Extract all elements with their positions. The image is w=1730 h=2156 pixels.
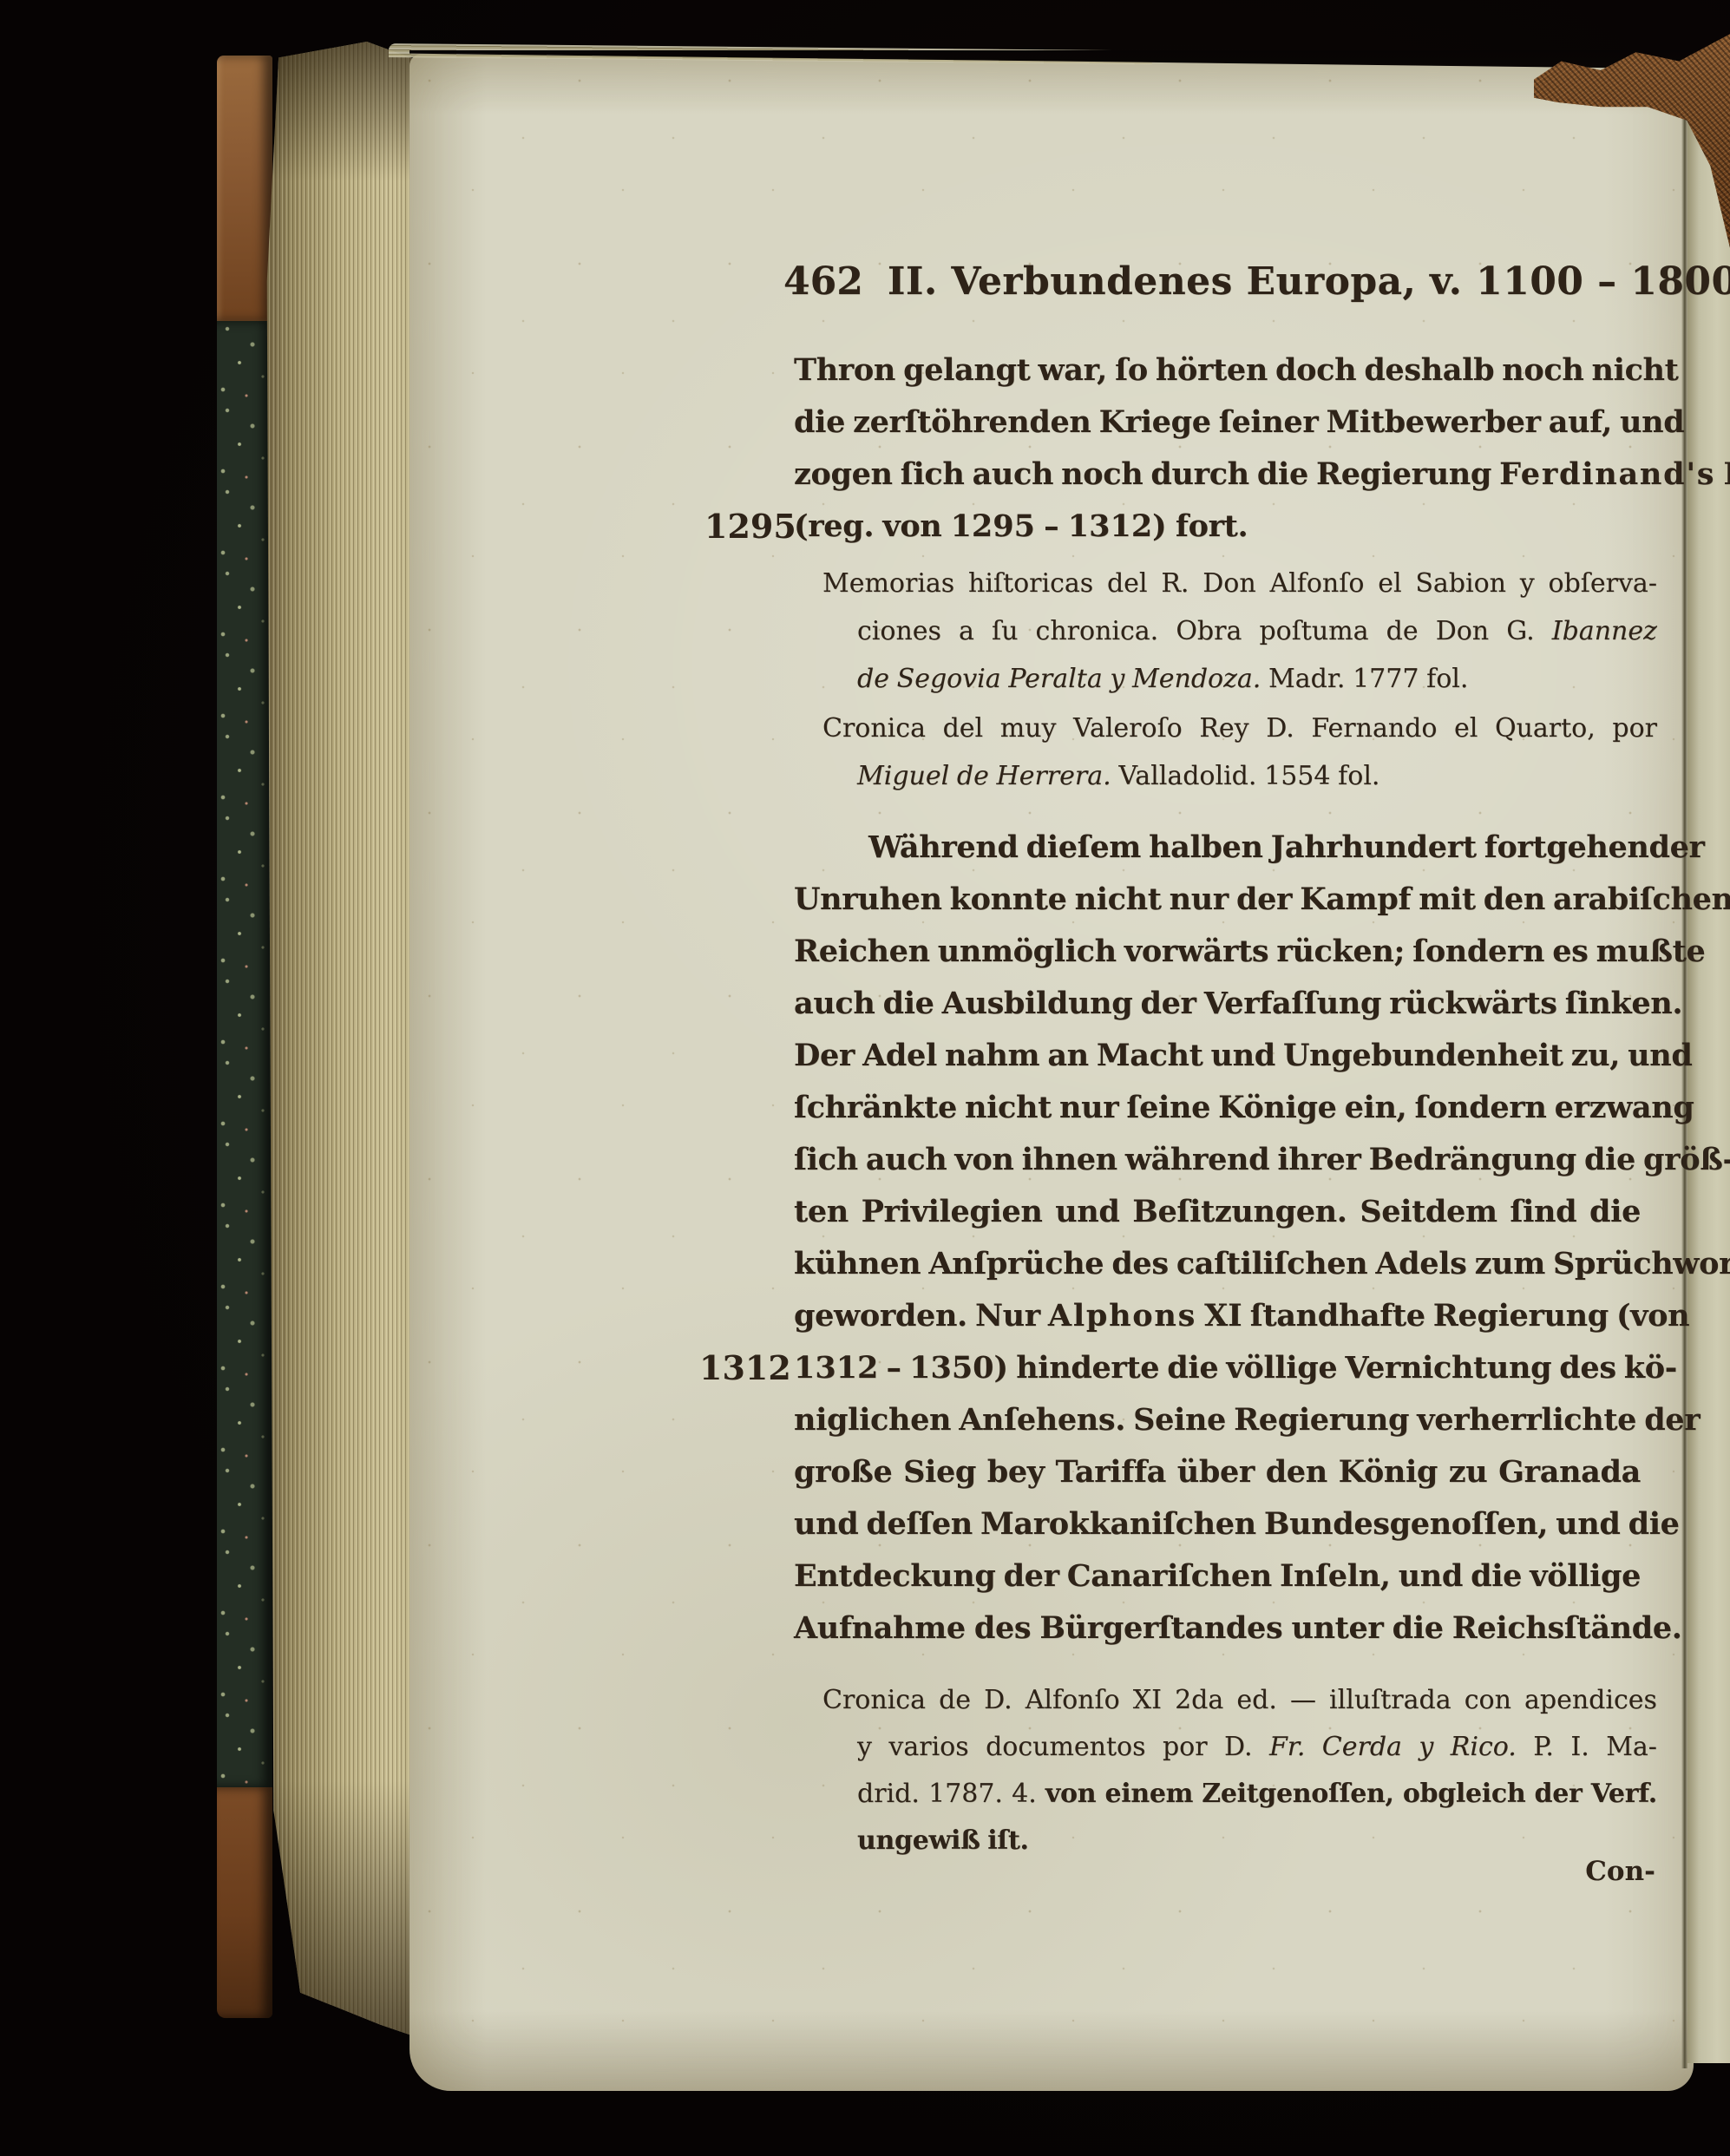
word: auch	[973, 456, 1053, 492]
word: Madr.	[1268, 664, 1345, 694]
word: Ferdinand's	[1499, 456, 1715, 492]
word: –	[1044, 508, 1059, 544]
word: dieſem	[1026, 829, 1141, 865]
text-line: WährenddieſemhalbenJahrhundertfortgehend…	[794, 821, 1641, 873]
word: die	[1393, 1610, 1444, 1646]
text-line: tenPrivilegienundBeſitzungen.Seitdemſind…	[794, 1185, 1641, 1237]
word: nur	[1170, 881, 1229, 917]
word: die	[1257, 456, 1308, 492]
text-line: (reg.von1295–1312)fort.	[794, 500, 1641, 552]
word: bey	[987, 1454, 1045, 1490]
word: Aufnahme	[794, 1610, 966, 1646]
word: Regierung	[1433, 1298, 1609, 1334]
text-line: CronicadelmuyValeroſoReyD.FernandoelQuar…	[822, 704, 1657, 752]
word: Vernichtung	[1345, 1350, 1551, 1386]
catchword: Con-	[1524, 1848, 1655, 1895]
word: zerſtöhrenden	[853, 404, 1091, 440]
word: der	[1236, 881, 1292, 917]
word: Alfonſo	[1026, 1685, 1120, 1715]
word: –	[887, 1350, 902, 1386]
word: ſondern	[1414, 1090, 1546, 1125]
word: Verfaſſung	[1204, 986, 1381, 1021]
word: Entdeckung	[794, 1558, 995, 1594]
margin-year-1312: 1312	[699, 1341, 791, 1393]
word: Könige	[1218, 1090, 1336, 1125]
word: kühnen	[794, 1246, 921, 1281]
text-line: geworden.NurAlphonsXIſtandhafteRegierung…	[794, 1289, 1641, 1341]
word: unter	[1291, 1610, 1383, 1646]
word: de	[1386, 616, 1419, 646]
text-line: MigueldeHerrera.Valladolid.1554fol.	[822, 752, 1657, 800]
word: zu,	[1571, 1038, 1620, 1073]
word: an	[1047, 1038, 1088, 1073]
word: Peralta	[1008, 664, 1102, 694]
word: ungewiß	[857, 1825, 980, 1856]
word: Jahrhundert	[1271, 829, 1477, 865]
word: Canariſchen	[1067, 1558, 1272, 1594]
word: Sieg	[903, 1454, 976, 1490]
word: zu	[1449, 1454, 1488, 1490]
word: ed.	[1236, 1685, 1277, 1715]
word: ſu	[992, 616, 1018, 646]
word: Ma-	[1606, 1732, 1657, 1762]
word: obgleich	[1403, 1779, 1526, 1809]
word: 1787.	[928, 1779, 1003, 1809]
word: Seitdem	[1360, 1194, 1497, 1229]
word: 1554	[1264, 761, 1330, 791]
book-scan: 462 II. Verbundenes Europa, v. 1100 – 18…	[0, 0, 1730, 2156]
word: varios	[888, 1732, 968, 1762]
word: 1350)	[909, 1350, 1008, 1386]
word: auf,	[1549, 404, 1612, 440]
word: de	[857, 664, 889, 694]
text-line: drid.1787.4.voneinemZeitgenoſſen,obgleic…	[822, 1770, 1657, 1817]
word: Inſeln,	[1280, 1558, 1391, 1594]
word: Granada	[1498, 1454, 1641, 1490]
text-line: DerAdelnahmanMachtundUngebundenheitzu,un…	[794, 1029, 1641, 1081]
text-line: unddeſſenMarokkaniſchenBundesgenoſſen,un…	[794, 1497, 1641, 1550]
word: Segovia	[897, 664, 1001, 694]
word: de	[939, 1685, 971, 1715]
word: vorwärts	[1124, 934, 1268, 969]
word: noch	[1061, 456, 1143, 492]
word: (reg.	[794, 508, 874, 544]
word: fol.	[1426, 664, 1468, 694]
word: XI	[1133, 1685, 1162, 1715]
word: Memorias	[822, 568, 954, 599]
word: Beſitzungen.	[1132, 1194, 1347, 1229]
word: P.	[1533, 1732, 1554, 1762]
word: Kampf	[1300, 881, 1411, 917]
text-line: ſchränktenichtnurſeineKönigeein,ſonderne…	[794, 1081, 1641, 1133]
word: documentos	[986, 1732, 1145, 1762]
word: I.	[1570, 1732, 1589, 1762]
word: auch	[866, 1142, 947, 1177]
word: Rico.	[1451, 1732, 1517, 1762]
word: Tariffa	[1056, 1454, 1166, 1490]
word: Quarto,	[1495, 713, 1596, 744]
word: König	[1339, 1454, 1438, 1490]
word: den	[1484, 881, 1545, 917]
word: mit	[1419, 881, 1475, 917]
word: Bundesgenoſſen,	[1264, 1506, 1548, 1542]
running-title: II. Verbundenes Europa, v. 1100 – 1800.	[888, 259, 1730, 304]
citation-block-3: CronicadeD.AlfonſoXI2daed.—illuſtradacon…	[822, 1676, 1657, 1864]
word: Verf.	[1591, 1779, 1657, 1809]
word: Mendoza.	[1132, 664, 1261, 694]
word: die	[794, 404, 845, 440]
word: während	[1125, 1142, 1269, 1177]
word: Fernando	[1311, 713, 1437, 744]
word: D.	[984, 1685, 1012, 1715]
word: konnte	[950, 881, 1067, 917]
word: ſich	[901, 456, 965, 492]
word: des	[974, 1610, 1031, 1646]
word: doch	[1275, 352, 1356, 388]
word: iſt.	[987, 1825, 1028, 1856]
word: und	[1620, 404, 1684, 440]
word: Thron	[794, 352, 895, 388]
word: und	[1556, 1506, 1620, 1542]
word: rückwärts	[1389, 986, 1556, 1021]
word: ihrer	[1277, 1142, 1360, 1177]
word: nahm	[945, 1038, 1039, 1073]
word: ſeine	[1126, 1090, 1210, 1125]
text-line: kühnenAnſprüchedescaſtiliſchenAdelszumSp…	[794, 1237, 1641, 1289]
word: Anſprüche	[928, 1246, 1104, 1281]
word: erzwang	[1555, 1090, 1694, 1125]
word: arabiſchen	[1553, 881, 1730, 917]
word: drid.	[857, 1779, 920, 1809]
word: del	[1107, 568, 1148, 599]
word: Mitbewerber	[1327, 404, 1541, 440]
word: chronica.	[1036, 616, 1159, 646]
word: y	[1520, 568, 1535, 599]
word: halben	[1149, 829, 1263, 865]
word: XI	[1204, 1298, 1242, 1334]
word: ſind	[1510, 1194, 1576, 1229]
word: fol.	[1338, 761, 1379, 791]
word: und	[1399, 1558, 1463, 1594]
word: des	[1559, 1350, 1615, 1386]
word: con	[1465, 1685, 1511, 1715]
running-header: 462 II. Verbundenes Europa, v. 1100 – 18…	[783, 250, 1644, 304]
word: Ungebundenheit	[1283, 1038, 1563, 1073]
text-line: Reichenunmöglichvorwärtsrücken;ſondernes…	[794, 925, 1641, 977]
word: und	[1628, 1038, 1692, 1073]
margin-year-1295: 1295	[704, 500, 796, 552]
text-line: niglichenAnſehens.SeineRegierungverherrl…	[794, 1393, 1641, 1445]
word: Seine	[1133, 1402, 1226, 1438]
word: ſo	[1115, 352, 1148, 388]
word: 1295	[951, 508, 1035, 544]
word: illuſtrada	[1329, 1685, 1451, 1715]
word: Unruhen	[794, 881, 942, 917]
word: 1312)	[1068, 508, 1167, 544]
word: Alphons	[1048, 1298, 1196, 1334]
word: fortgehender	[1484, 829, 1705, 865]
word: Bürgerſtandes	[1039, 1610, 1282, 1646]
word: des	[1111, 1246, 1168, 1281]
word: muy	[1000, 713, 1057, 744]
word: über	[1177, 1454, 1255, 1490]
word: 1777	[1353, 664, 1419, 694]
word: obſerva-	[1549, 568, 1657, 599]
word: deshalb	[1364, 352, 1494, 388]
text-line: EntdeckungderCanariſchenInſeln,unddievöl…	[794, 1550, 1641, 1602]
word: gelangt	[903, 352, 1030, 388]
word: IV	[1723, 456, 1730, 492]
word: Obra	[1176, 616, 1242, 646]
word: Cronica	[822, 713, 926, 744]
word: fort.	[1176, 508, 1248, 544]
word: die	[1589, 1194, 1641, 1229]
word: el	[1454, 713, 1478, 744]
word: Ausbildung	[942, 986, 1133, 1021]
word: Miguel	[857, 761, 949, 791]
word: Zeitgenoſſen,	[1202, 1779, 1393, 1809]
word: noch	[1502, 352, 1583, 388]
text-line: UnruhenkonntenichtnurderKampfmitdenarabi…	[794, 873, 1641, 925]
word: ten	[794, 1194, 849, 1229]
page-text-layer: 462 II. Verbundenes Europa, v. 1100 – 18…	[0, 0, 1730, 2156]
word: apendices	[1524, 1685, 1657, 1715]
word: größ-	[1643, 1142, 1730, 1177]
text-line: yvariosdocumentosporD.Fr.CerdayRico.P.I.…	[822, 1723, 1657, 1770]
word: Ibannez	[1552, 616, 1657, 646]
word: ſondern	[1412, 934, 1544, 969]
word: Macht	[1097, 1038, 1203, 1073]
word: Alfonſo	[1269, 568, 1364, 599]
word: poſtuma	[1259, 616, 1368, 646]
word: Cronica	[822, 1685, 926, 1715]
word: große	[794, 1454, 892, 1490]
word: rücken;	[1276, 934, 1405, 969]
word: del	[943, 713, 984, 744]
citation-block-2: CronicadelmuyValeroſoReyD.FernandoelQuar…	[822, 704, 1657, 800]
word: die	[883, 986, 934, 1021]
word: Rey	[1199, 713, 1248, 744]
text-line: 1312–1350)hindertedievölligeVernichtungd…	[794, 1341, 1641, 1393]
word: und	[1211, 1038, 1275, 1073]
word: der	[1004, 1558, 1059, 1594]
word: por	[1612, 713, 1657, 744]
word: Nur	[975, 1298, 1040, 1334]
word: Valladolid.	[1118, 761, 1256, 791]
word: 4.	[1012, 1779, 1037, 1809]
word: der	[1140, 986, 1196, 1021]
word: Sabion	[1415, 568, 1506, 599]
word: die	[1628, 1506, 1680, 1542]
word: den	[1266, 1454, 1327, 1490]
word: R.	[1161, 568, 1189, 599]
word: caſtiliſchen	[1176, 1246, 1367, 1281]
word: ciones	[857, 616, 941, 646]
word: zogen	[794, 456, 893, 492]
word: Bedrängung	[1369, 1142, 1576, 1177]
word: Reichsſtände.	[1452, 1610, 1682, 1646]
word: die	[1584, 1142, 1635, 1177]
word: hiſtoricas	[968, 568, 1093, 599]
word: und	[1055, 1194, 1119, 1229]
text-line: ſichauchvonihnenwährendihrerBedrängungdi…	[794, 1133, 1641, 1185]
word: ein,	[1345, 1090, 1407, 1125]
word: Kriege	[1099, 404, 1211, 440]
word: ſich	[794, 1142, 858, 1177]
word: —	[1290, 1685, 1316, 1715]
word: el	[1378, 568, 1401, 599]
word: 1312	[794, 1350, 878, 1386]
word: Reichen	[794, 934, 930, 969]
text-line: zogenſichauchnochdurchdieRegierungFerdin…	[794, 448, 1641, 500]
text-line: MemoriashiſtoricasdelR.DonAlfonſoelSabio…	[822, 560, 1657, 607]
text-line: großeSiegbeyTariffaüberdenKönigzuGranada	[794, 1445, 1641, 1497]
word: von	[954, 1142, 1013, 1177]
word: Der	[794, 1038, 855, 1073]
word: a	[959, 616, 974, 646]
word: ſinken.	[1565, 986, 1683, 1021]
text-line: Throngelangtwar,ſohörtendochdeshalbnochn…	[794, 344, 1641, 396]
word: zum	[1475, 1246, 1545, 1281]
word: völlige	[1530, 1558, 1641, 1594]
page-number: 462	[783, 259, 863, 304]
word: G.	[1506, 616, 1534, 646]
word: war,	[1039, 352, 1108, 388]
word: Adel	[862, 1038, 937, 1073]
word: von	[882, 508, 941, 544]
text-line: cionesaſuchronica.ObrapoſtumadeDonG.Iban…	[822, 607, 1657, 655]
word: Don	[1436, 616, 1489, 646]
word: unmöglich	[938, 934, 1117, 969]
text-line: diezerſtöhrendenKriegeſeinerMitbewerbera…	[794, 396, 1641, 448]
word: nur	[1059, 1090, 1118, 1125]
word: y	[1110, 664, 1124, 694]
word: kö-	[1624, 1350, 1677, 1386]
word: Regierung	[1316, 456, 1491, 492]
word: Valeroſo	[1073, 713, 1183, 744]
word: D.	[1224, 1732, 1253, 1762]
word: (von	[1616, 1298, 1689, 1334]
word: und	[794, 1506, 858, 1542]
citation-block-1: MemoriashiſtoricasdelR.DonAlfonſoelSabio…	[822, 560, 1657, 703]
word: deſſen	[866, 1506, 972, 1542]
word: ſchränkte	[794, 1090, 957, 1125]
body-paragraph-1: Throngelangtwar,ſohörtendochdeshalbnochn…	[794, 344, 1641, 552]
word: nicht	[1592, 352, 1679, 388]
word: niglichen	[794, 1402, 951, 1438]
word: D.	[1266, 713, 1294, 744]
word: der	[1535, 1779, 1583, 1809]
word: ſtandhafte	[1250, 1298, 1425, 1334]
word: Sprüchwort	[1553, 1246, 1730, 1281]
word: völlige	[1226, 1350, 1337, 1386]
text-line: deSegoviaPeraltayMendoza.Madr.1777fol.	[822, 655, 1657, 703]
body-paragraph-2: WährenddieſemhalbenJahrhundertfortgehend…	[794, 821, 1641, 1654]
text-line: auchdieAusbildungderVerfaſſungrückwärtsſ…	[794, 977, 1641, 1029]
word: der	[1644, 1402, 1700, 1438]
word: die	[1167, 1350, 1218, 1386]
word: Privilegien	[862, 1194, 1043, 1229]
word: ſeiner	[1219, 404, 1319, 440]
word: hörten	[1156, 352, 1268, 388]
word: Marokkaniſchen	[980, 1506, 1256, 1542]
word: 2da	[1175, 1685, 1223, 1715]
text-line: AufnahmedesBürgerſtandesunterdieReichsſt…	[794, 1602, 1641, 1654]
word: von	[1045, 1779, 1096, 1809]
word: mußte	[1596, 934, 1706, 969]
word: die	[1471, 1558, 1522, 1594]
word: Herrera.	[997, 761, 1111, 791]
word: es	[1552, 934, 1588, 969]
word: verherrlichte	[1417, 1402, 1636, 1438]
word: hinderte	[1016, 1350, 1159, 1386]
word: Cerda	[1322, 1732, 1402, 1762]
word: nicht	[965, 1090, 1052, 1125]
word: y	[857, 1732, 872, 1762]
word: Adels	[1375, 1246, 1466, 1281]
word: Anſehens.	[959, 1402, 1125, 1438]
word: Don	[1202, 568, 1255, 599]
word: Fr.	[1269, 1732, 1305, 1762]
word: Regierung	[1234, 1402, 1409, 1438]
word: de	[957, 761, 989, 791]
word: nicht	[1075, 881, 1162, 917]
word: geworden.	[794, 1298, 967, 1334]
word: ihnen	[1022, 1142, 1117, 1177]
word: Während	[868, 829, 1019, 865]
word: por	[1163, 1732, 1208, 1762]
word: y	[1419, 1732, 1433, 1762]
word: auch	[794, 986, 875, 1021]
word: einem	[1104, 1779, 1193, 1809]
word: durch	[1150, 456, 1248, 492]
text-line: CronicadeD.AlfonſoXI2daed.—illuſtradacon…	[822, 1676, 1657, 1723]
